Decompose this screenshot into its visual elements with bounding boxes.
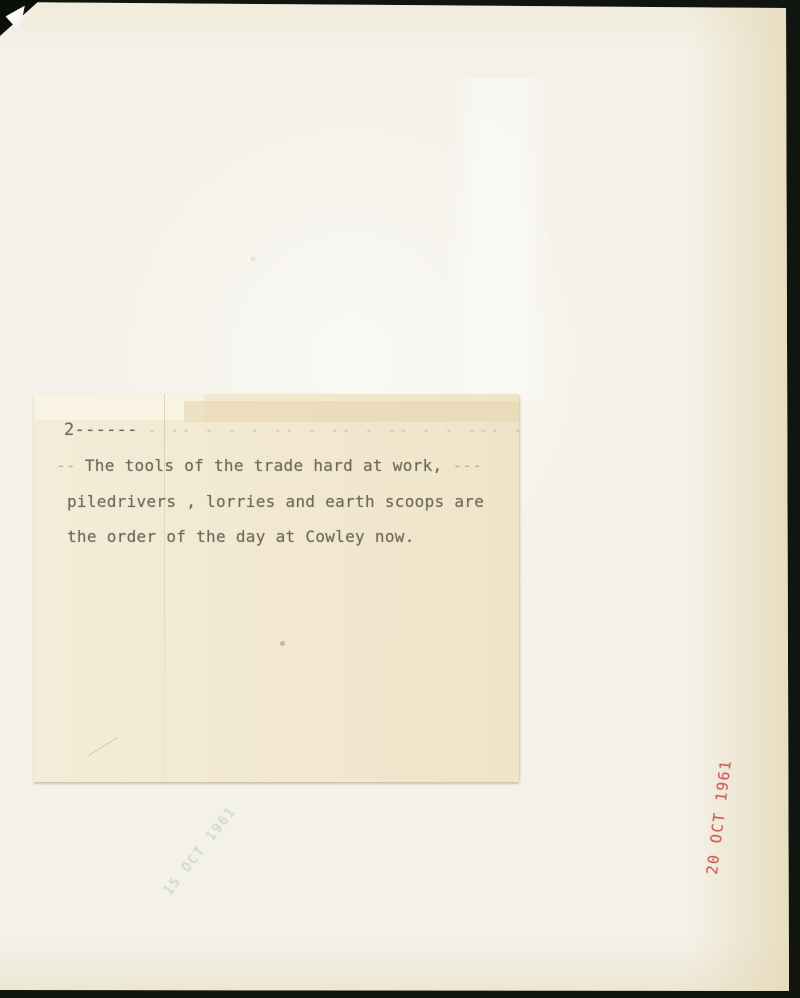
caption-number-line: 2------- -- - - - -- - -- - -- - - --- - [64, 420, 525, 440]
caption-paper-slip: 2------- -- - - - -- - -- - -- - - --- -… [34, 394, 519, 782]
vertical-fold-crease [164, 394, 165, 782]
scan-backdrop: { "surface": { "backdrop_color": "#11150… [0, 0, 800, 998]
photo-verso-sheet: 2------- -- - - - -- - -- - -- - - --- -… [0, 0, 800, 998]
bottom-left-crease [88, 737, 117, 756]
date-stamp-red-text: 20 OCT 1961 [703, 758, 735, 875]
faded-dash-trail: - -- - - - -- - -- - -- - - --- - [148, 423, 525, 439]
date-stamp-teal-text: 15 OCT 1961 [161, 804, 239, 898]
scanner-light-band [448, 78, 552, 400]
stain-speck [280, 641, 285, 646]
paper-tone-light-band [34, 394, 204, 420]
date-stamp-teal: 15 OCT 1961 [158, 800, 242, 901]
caption-line-3: the order of the day at Cowley now. [67, 527, 415, 546]
caption-line-2: piledrivers , lorries and earth scoops a… [67, 492, 484, 511]
caption-number: 2------ [64, 420, 138, 440]
caption-text-1: The tools of the trade hard at work, [85, 456, 443, 475]
date-stamp-red: 20 OCT 1961 [703, 757, 735, 876]
paper-tone-dark-band [184, 401, 519, 422]
faded-trail-dashes: --- [452, 456, 482, 475]
faded-lead-dashes: -- [56, 456, 76, 475]
caption-line-1: --The tools of the trade hard at work,--… [56, 456, 482, 475]
